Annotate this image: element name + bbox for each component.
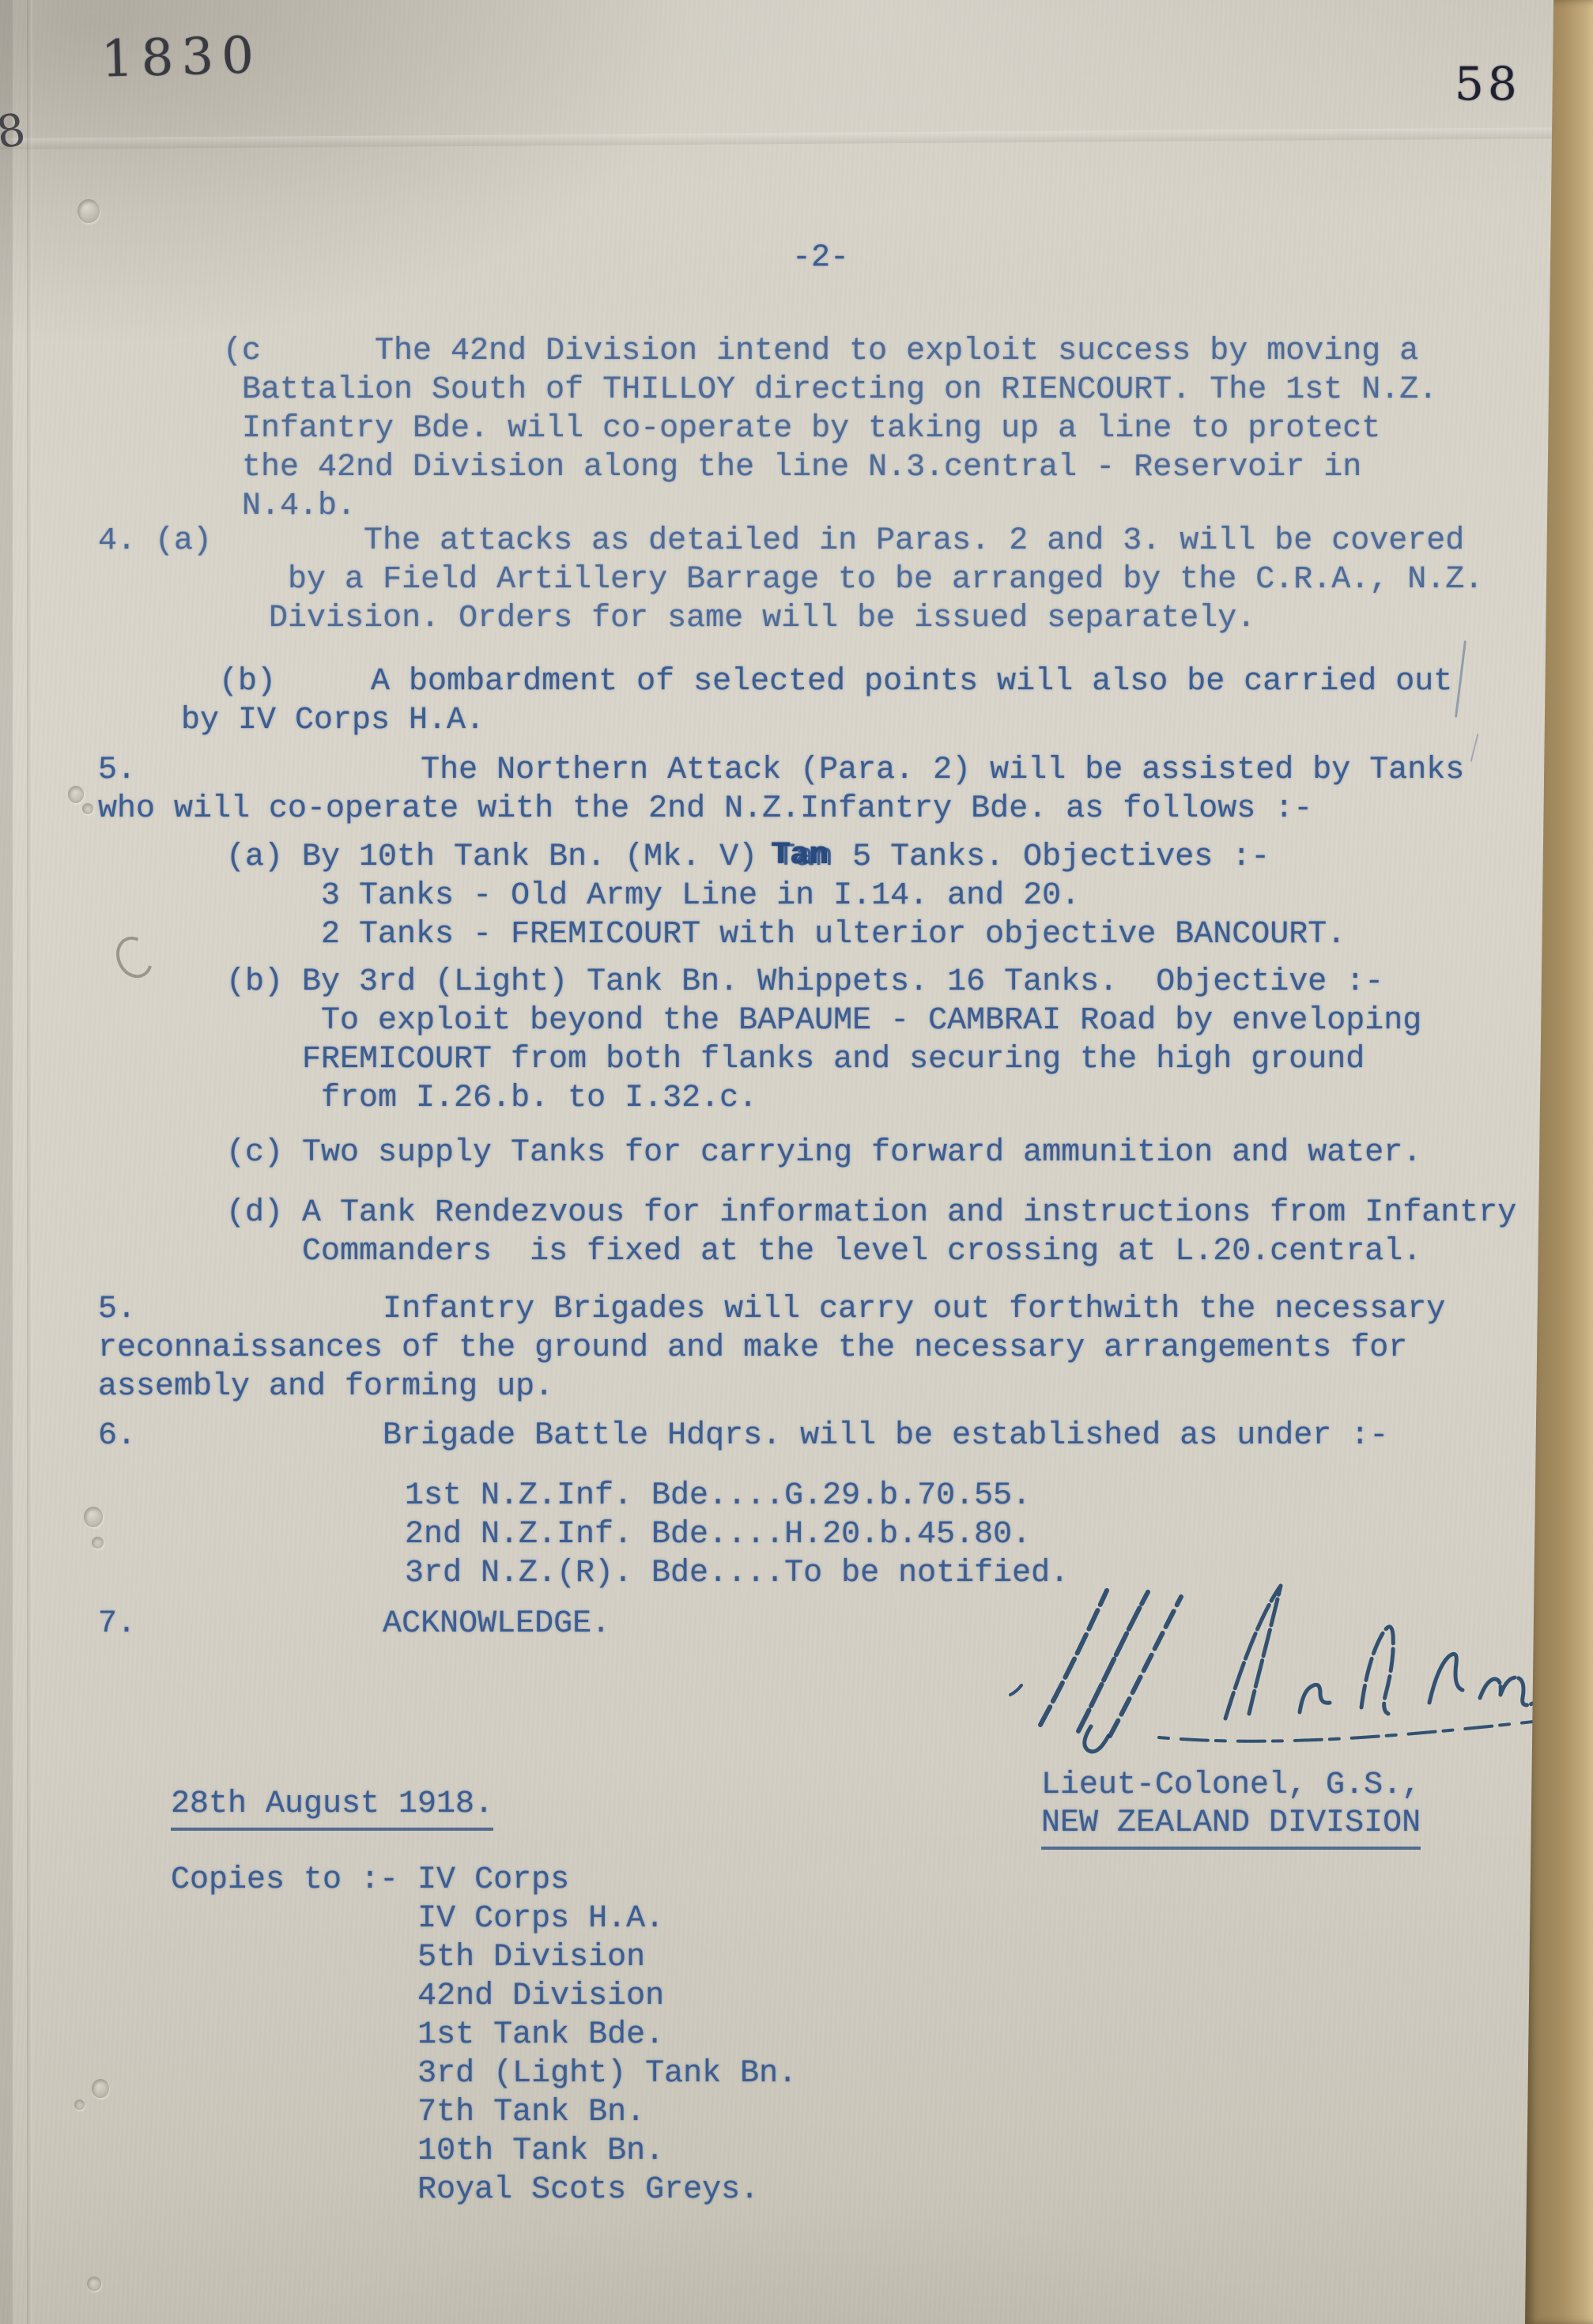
document-page: 1830 58 8 -2- (c The 42nd Division inten… xyxy=(0,0,1593,2324)
pencil-c-mark xyxy=(110,930,160,984)
stray-ink-mark xyxy=(1455,640,1467,718)
paper-blemish xyxy=(77,199,100,223)
signoff-rank: Lieut-Colonel, G.S., xyxy=(1041,1766,1421,1805)
folio-number: 58 xyxy=(1455,57,1521,111)
signature-scrawl xyxy=(990,1567,1575,1756)
page-number: -2- xyxy=(792,239,849,277)
paragraph-7-acknowledge: 7. ACKNOWLEDGE. xyxy=(98,1605,610,1643)
left-edge-shadow xyxy=(0,0,13,2324)
brigade-hdqrs-list: 1st N.Z.Inf. Bde....G.29.b.70.55. 2nd N.… xyxy=(405,1477,1069,1593)
paragraph-3c: (c The 42nd Division intend to exploit s… xyxy=(223,332,1437,526)
paper-blemish xyxy=(92,2079,109,2098)
stray-ink-mark xyxy=(1470,734,1479,761)
paper-blemish xyxy=(92,1537,104,1549)
paragraph-4a: 4. (a) The attacks as detailed in Paras.… xyxy=(98,522,1483,638)
paper-blemish xyxy=(87,2277,101,2291)
paper-blemish xyxy=(68,786,84,803)
stamp-number: 1830 xyxy=(100,26,262,89)
subparagraph-5c: (c) Two supply Tanks for carrying forwar… xyxy=(226,1134,1421,1172)
distribution-list: Copies to :- IV Corps IV Corps H.A. 5th … xyxy=(171,1861,797,2209)
overstruck-word: Tan xyxy=(771,836,828,875)
left-edge-crease xyxy=(27,0,32,2324)
paragraph-5-tanks: 5. The Northern Attack (Para. 2) will be… xyxy=(98,751,1464,828)
signoff-unit: NEW ZEALAND DIVISION xyxy=(1041,1804,1421,1850)
margin-digit: 8 xyxy=(0,104,29,160)
paper-blemish xyxy=(82,803,93,814)
paragraph-6: 6. Brigade Battle Hdqrs. will be establi… xyxy=(98,1417,1388,1455)
date-line: 28th August 1918. xyxy=(171,1785,493,1831)
paragraph-5-infantry: 5. Infantry Brigades will carry out fort… xyxy=(98,1290,1445,1406)
subparagraph-5b: (b) By 3rd (Light) Tank Bn. Whippets. 16… xyxy=(226,963,1421,1118)
page-edge xyxy=(1525,0,1593,2324)
paper-blemish xyxy=(74,2100,85,2110)
paragraph-4b: (b) A bombardment of selected points wil… xyxy=(181,662,1452,740)
horizontal-fold-crease xyxy=(0,127,1593,149)
subparagraph-5d: (d) A Tank Rendezvous for information an… xyxy=(226,1194,1516,1271)
paper-blemish xyxy=(84,1507,103,1527)
